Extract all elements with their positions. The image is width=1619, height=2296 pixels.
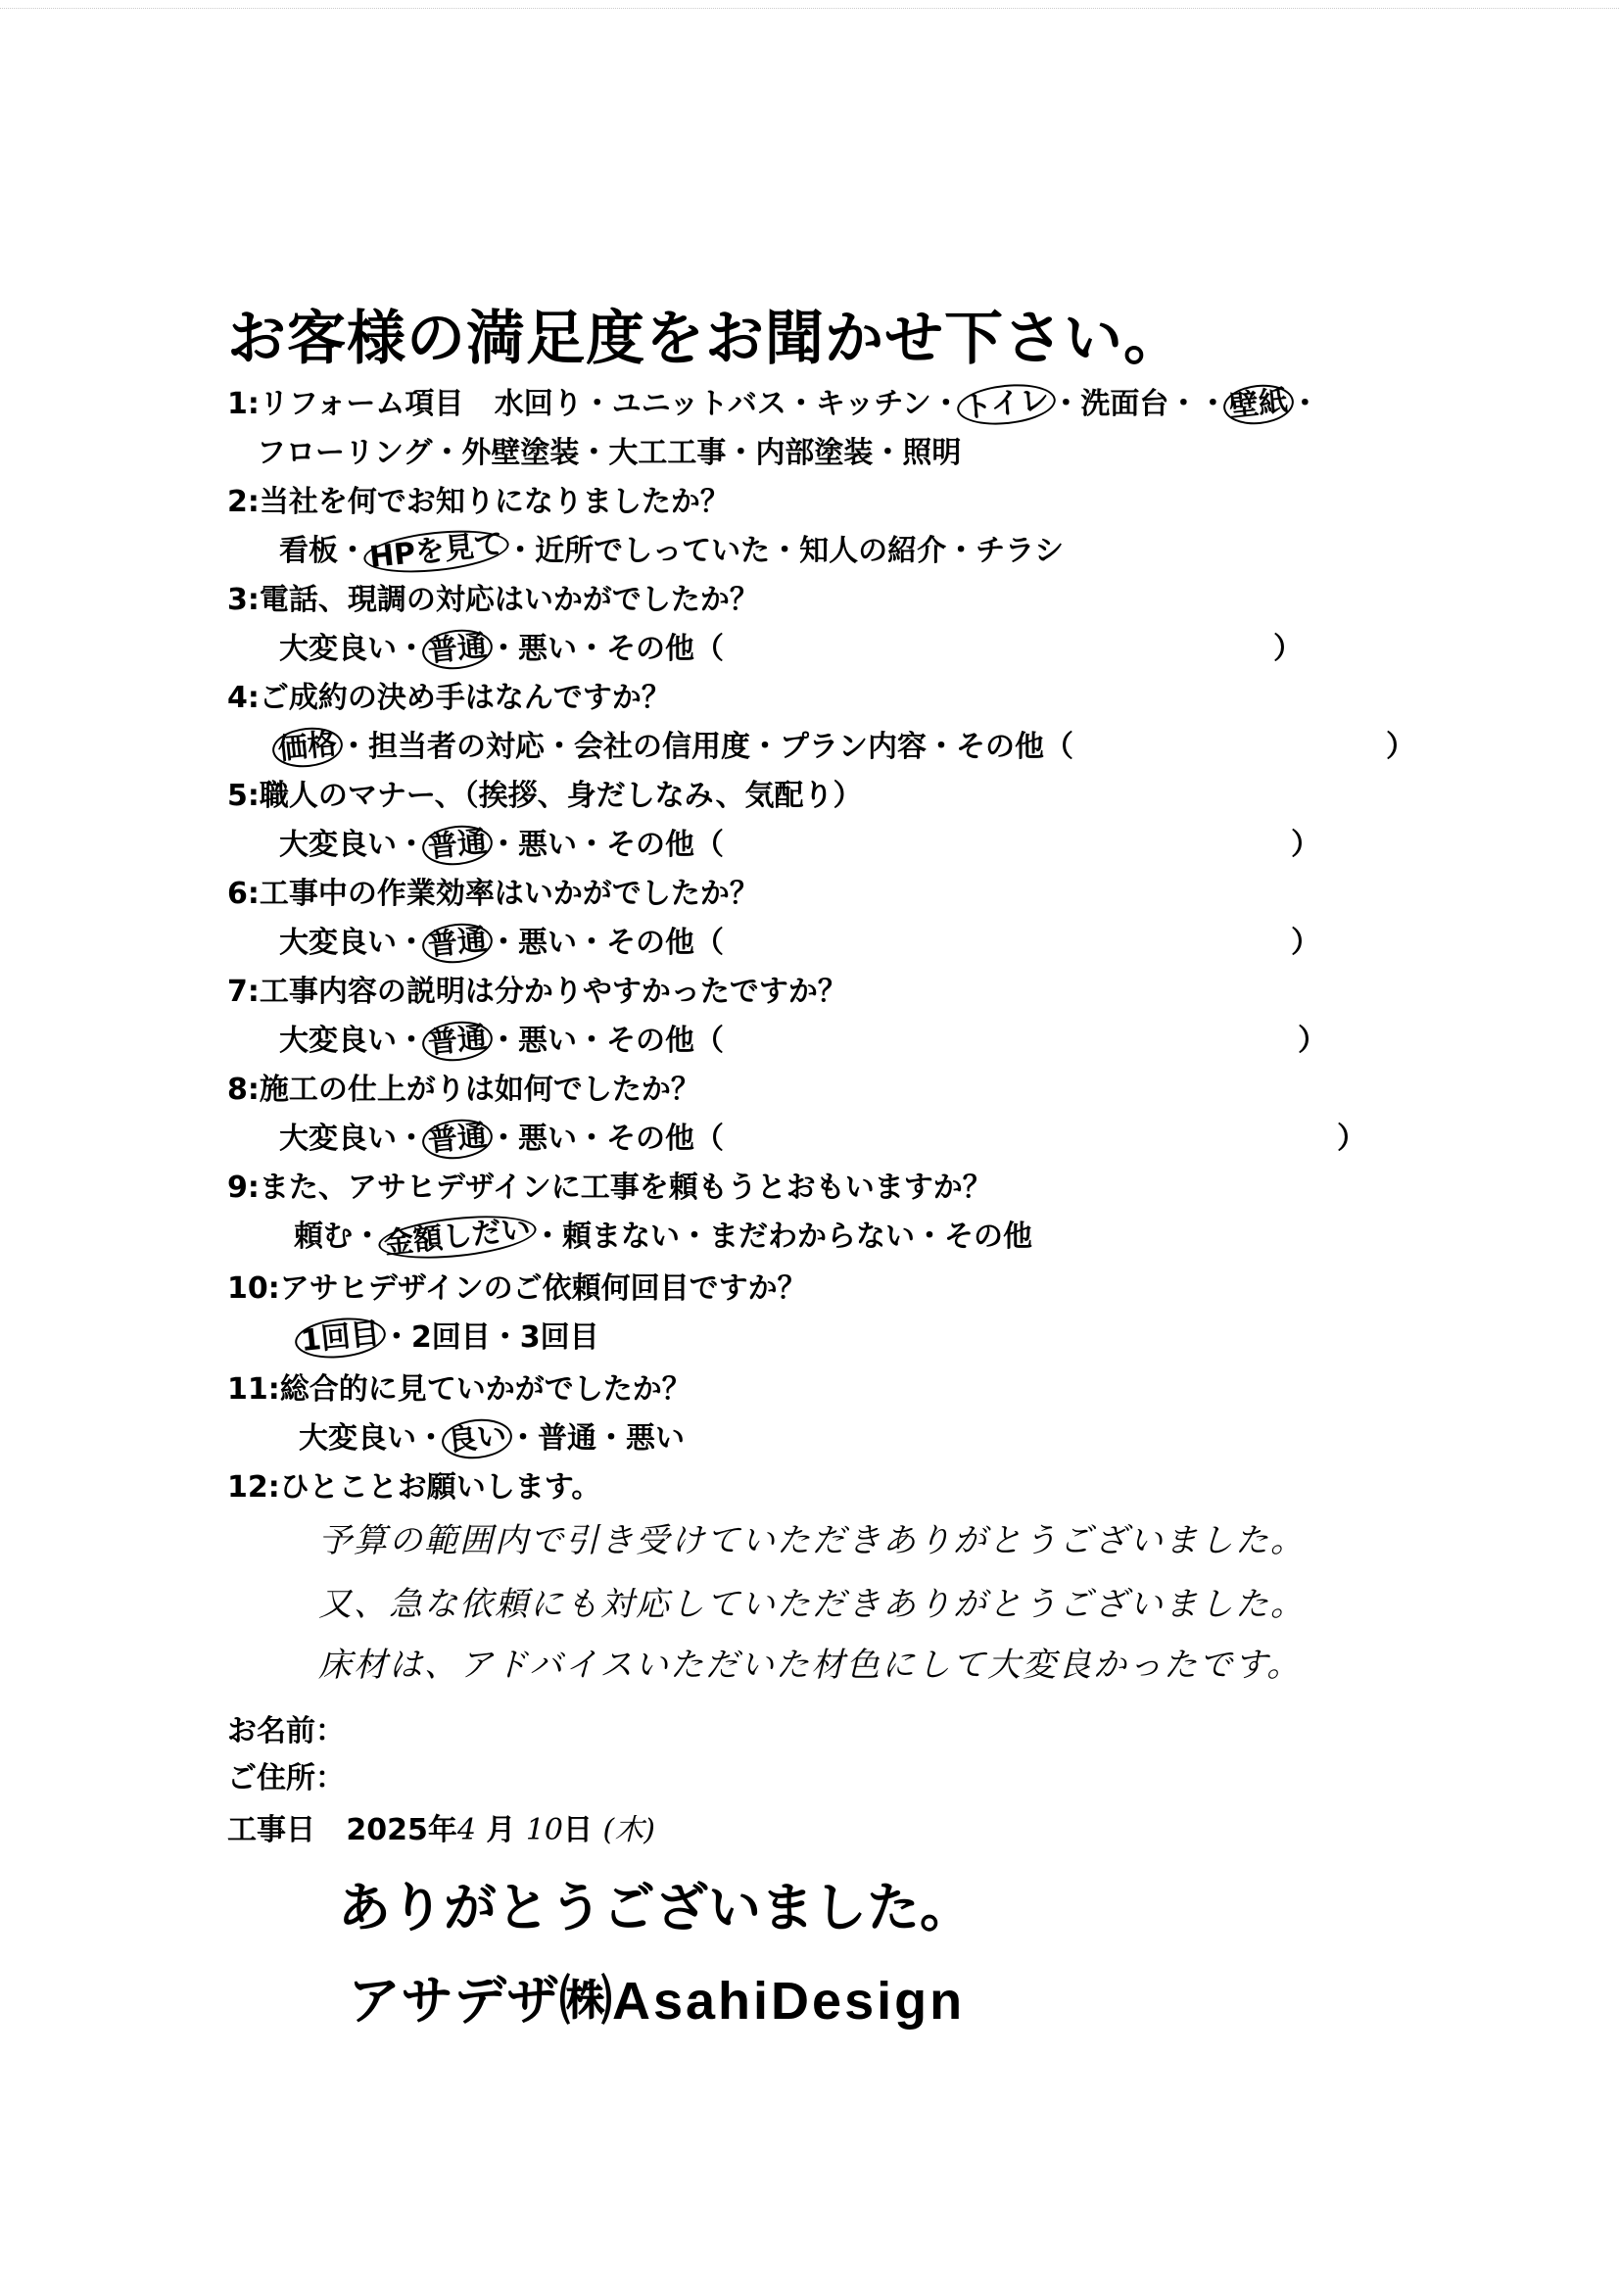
question-3: 3:電話、現調の対応はいかがでしたか？: [227, 575, 759, 618]
question-2: 2:当社を何でお知りになりましたか？: [227, 477, 730, 520]
scan-edge-artifact: [0, 8, 1619, 11]
question-11: 11:総合的に見ていかがでしたか？: [227, 1364, 691, 1408]
question-5-options: 大変良い・普通・悪い・その他（: [279, 820, 724, 863]
question-3-options: 大変良い・普通・悪い・その他（: [279, 624, 724, 667]
question-9: 9:また、アサヒデザインに工事を頼もうとおもいますか？: [227, 1163, 992, 1206]
selected-option[interactable]: 壁紙: [1221, 381, 1296, 427]
selected-option[interactable]: 1回目: [293, 1314, 388, 1362]
question-1-options-line2: フローリング・外壁塗装・大工工事・内部塗装・照明: [257, 428, 961, 471]
question-8-options: 大変良い・普通・悪い・その他（: [279, 1114, 724, 1157]
question-10: 10:アサヒデザインのご依頼何回目ですか？: [227, 1264, 807, 1307]
question-4: 4:ご成約の決め手はなんですか？: [227, 673, 671, 716]
question-7: 7:工事内容の説明は分かりやすかったですか？: [227, 967, 847, 1010]
selected-option[interactable]: 普通: [420, 1018, 495, 1064]
closing-thanks: ありがとうございました。: [338, 1866, 973, 1941]
selected-option[interactable]: 普通: [420, 920, 495, 966]
question-10-options: 1回目・2回目・3回目: [299, 1313, 599, 1356]
question-12: 12:ひとことお願いします。: [227, 1462, 600, 1506]
page-title: お客様の満足度をお聞かせ下さい。: [227, 292, 1183, 376]
question-5: 5:職人のマナー、（挨拶、身だしなみ、気配り）: [227, 771, 862, 814]
handwritten-comment-line: 又、急な依頼にも対応していただきありがとうございました。: [318, 1577, 1306, 1625]
company-name: アサデザ㈱AsahiDesign: [348, 1959, 965, 2034]
question-2-options: 看板・HPを見て・近所でしっていた・知人の紹介・チラシ: [279, 526, 1064, 569]
selected-option[interactable]: 金額しだい: [376, 1210, 538, 1266]
question-8: 8:施工の仕上がりは如何でしたか？: [227, 1065, 700, 1108]
address-field[interactable]: ご住所：: [227, 1753, 345, 1796]
selected-option[interactable]: 普通: [420, 626, 495, 672]
question-9-options: 頼む・金額しだい・頼まない・まだわからない・その他: [294, 1212, 1032, 1255]
selected-option[interactable]: 価格: [270, 724, 345, 770]
selected-option[interactable]: トイレ: [955, 380, 1057, 429]
selected-option[interactable]: 普通: [420, 822, 495, 868]
selected-option[interactable]: HPを見て: [361, 524, 510, 578]
question-11-options: 大変良い・良い・普通・悪い: [299, 1413, 685, 1457]
selected-option[interactable]: 良い: [440, 1415, 514, 1461]
selected-option[interactable]: 普通: [420, 1116, 495, 1162]
question-7-options: 大変良い・普通・悪い・その他（: [279, 1016, 724, 1059]
construction-date-field: 工事日 2025年4 月 10日 (木): [227, 1805, 655, 1848]
question-6: 6:工事中の作業効率はいかがでしたか？: [227, 869, 759, 912]
handwritten-comment-line: 予算の範囲内で引き受けていただきありがとうございました。: [318, 1513, 1306, 1561]
question-1: 1:リフォーム項目 水回り・ユニットバス・キッチン・トイレ・洗面台・・壁紙・: [227, 379, 1319, 422]
name-field[interactable]: お名前：: [227, 1706, 345, 1749]
question-4-options: 価格・担当者の対応・会社の信用度・プラン内容・その他（: [276, 722, 1073, 765]
handwritten-comment-line: 床材は、アドバイスいただいた材色にして大変良かったです。: [318, 1638, 1302, 1686]
question-6-options: 大変良い・普通・悪い・その他（: [279, 918, 724, 961]
